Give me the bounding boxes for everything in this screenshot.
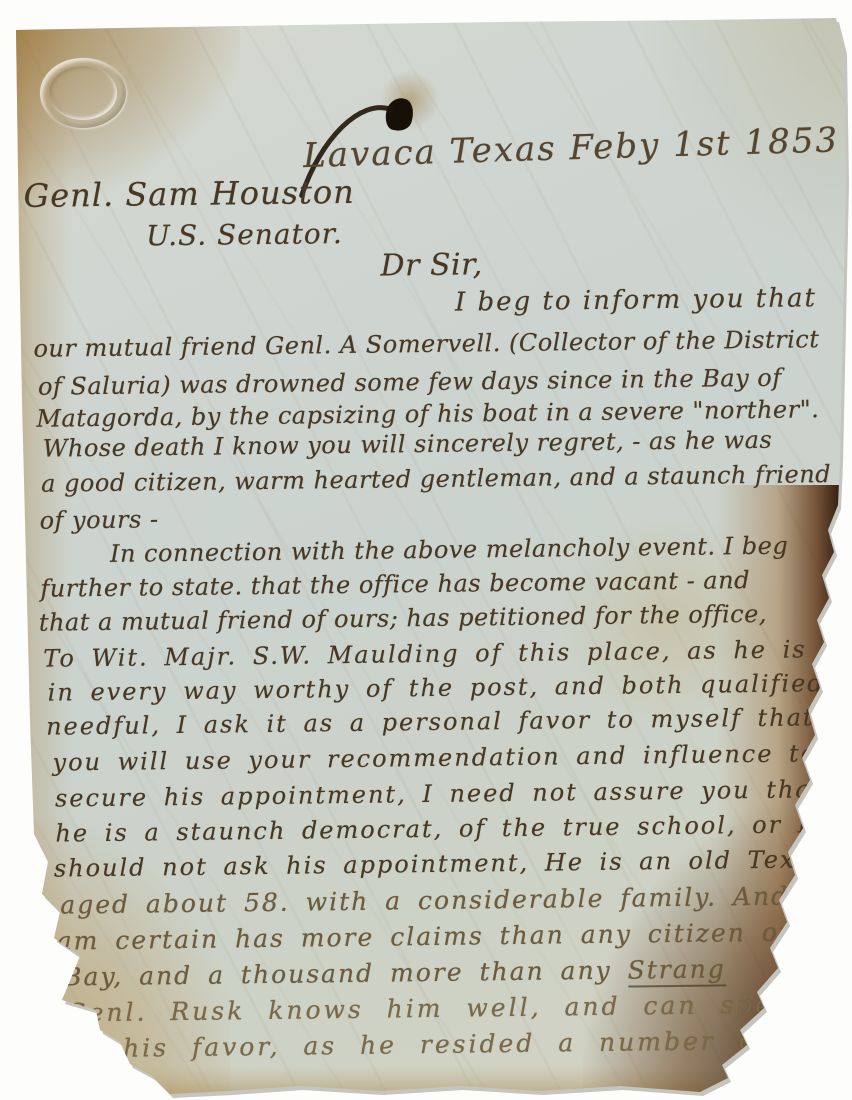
letter-line: in every way worthy of the post, and bot… [48,669,852,707]
letter-line: a good citizen, warm hearted gentleman, … [41,460,831,498]
letter-line: am certain has more claims than any citi… [57,917,826,955]
letter-line: of yours - [39,505,158,534]
aged-top-left-corner [0,0,240,200]
pen-flourish [292,92,413,198]
letter-line: you will use your recommendation and inf… [52,739,817,776]
paper-top-edge-shadow [12,9,840,23]
recipient-title: U.S. Senator. [146,217,343,252]
underlined-word: Strang [627,954,726,987]
scanned-letter-photo: Lavaca Texas Feby 1st 1853 Genl. Sam Hou… [0,0,852,1100]
burned-right-edge [717,485,852,1100]
salutation: Dr Sir, [380,247,483,283]
ink-blot [382,95,416,134]
recipient-name: Genl. Sam Houston [23,173,355,215]
burned-bottom-right-corner [582,790,852,1100]
letter-line: secure his appointment, I need not assur… [55,775,824,812]
letter-line: Matagorda, by the capsizing of his boat … [36,395,819,433]
letter-line: further to state. that the office has be… [40,566,750,603]
handwritten-text-layer: Lavaca Texas Feby 1st 1853 Genl. Sam Hou… [0,0,852,1100]
embossed-seal-icon [40,58,126,128]
aged-left-edge [0,0,72,1100]
letter-line: Whose death I know you will sincerely re… [43,426,773,463]
letter-line: that a mutual friend of ours; has petiti… [39,600,767,637]
stain [555,515,785,725]
letter-line: of Saluria) was drowned some few days si… [38,364,782,401]
aged-top-right-tint [632,0,852,260]
letter-line: aged about 58. with a considerable famil… [60,881,817,919]
letter-line: I beg to inform you that [455,283,817,317]
letter-line: Bay, and a thousand more than any Strang [63,954,726,991]
letter-line: our mutual friend Genl. A Somervell. (Co… [33,325,819,363]
aged-bottom-left-corner [0,820,230,1100]
ink-showthrough-texture [0,0,852,1100]
bay-line-text: Bay, and a thousand more than any [63,956,628,992]
dateline: Lavaca Texas Feby 1st 1853 [303,120,840,176]
letter-line: he is a staunch democrat, of the true sc… [55,810,809,847]
letter-line: needful, I ask it as a personal favor to… [46,703,815,740]
ink-blot-halo [380,70,440,130]
letter-line: should not ask his appointment, He is an… [54,845,822,882]
letter-line: To Wit. Majr. S.W. Maulding of this plac… [43,635,807,672]
letter-paper: Lavaca Texas Feby 1st 1853 Genl. Sam Hou… [0,0,852,1100]
letter-line: In connection with the above melancholy … [110,532,789,568]
letter-line: Genl. Rusk knows him well, and can speak [65,989,809,1027]
